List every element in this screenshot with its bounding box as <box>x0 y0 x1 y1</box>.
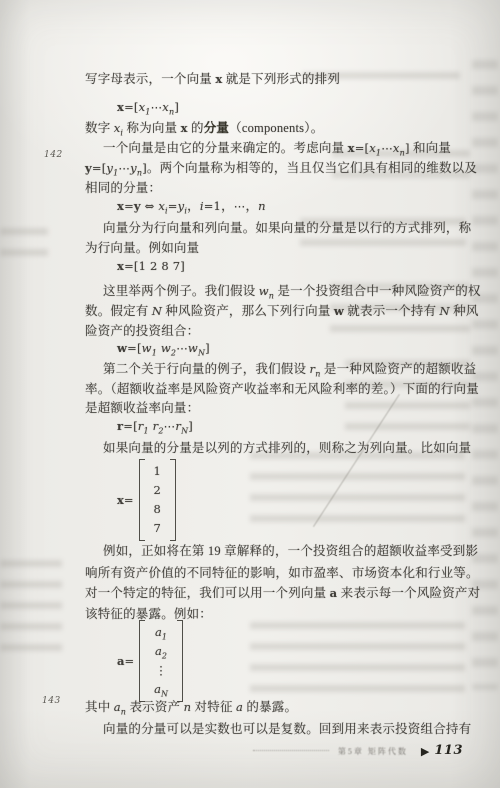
footer-chapter-label: 第5章 矩阵代数 <box>338 747 408 756</box>
matrix-entry: 7 <box>154 519 161 538</box>
matrix-entry: 8 <box>154 500 161 519</box>
matrix-entries: 1 2 8 7 <box>145 459 170 541</box>
text-line: 数。假定有 N 种风险资产，那么下列行向量 w 就表示一个持有 N 种风 <box>85 301 479 322</box>
column-vector-a: a= a1 a2 ⋮ aN <box>117 620 183 702</box>
page-footer: 第5章 矩阵代数 ▶ 113 <box>0 741 463 759</box>
formula-line: x=y ⇔ xi=yi，i=1，⋯，n <box>117 196 266 217</box>
text-line: 对一个特定的特征，我们可以用一个列向量 a 来表示每一个风险资产对 <box>85 583 480 604</box>
formula-line: r=[r1 r2⋯rN] <box>117 416 193 437</box>
formula-line: x=[x1⋯xn] <box>117 97 179 118</box>
page-body: 142 143 写字母表示，一个向量 x 就是下列形式的排列 x=[x1⋯xn]… <box>0 0 500 788</box>
text-line: 向量分为行向量和列向量。如果向量的分量是以行的方式排列，称 <box>103 218 471 239</box>
text-line: 数字 xi 称为向量 x 的分量（components）。 <box>85 118 323 139</box>
formula-line: x=[1 2 8 7] <box>117 256 185 277</box>
column-vector-x: x= 1 2 8 7 <box>117 459 176 541</box>
right-bracket <box>177 620 183 702</box>
footer-page-number: 113 <box>434 743 463 758</box>
formula-line: w=[w1 w2⋯wN] <box>117 338 210 359</box>
matrix-entry: 2 <box>154 481 161 500</box>
text-line: 其中 an 表示资产 n 对特征 a 的暴露。 <box>85 697 297 718</box>
text-line: 一个向量是由它的分量来确定的。考虑向量 x=[x1⋯xn] 和向量 <box>103 138 451 159</box>
matrix-entry: a1 <box>154 623 168 642</box>
footer-arrow-icon: ▶ <box>421 746 429 758</box>
margin-number: 142 <box>44 150 63 160</box>
text-line: 向量的分量可以是实数也可以是复数。回到用来表示投资组合持有 <box>103 719 471 740</box>
text-line: 第二个关于行向量的例子，我们假设 rn 是一种风险资产的超额收益 <box>103 359 476 380</box>
matrix-label: a= <box>117 651 134 672</box>
text-line: 写字母表示，一个向量 x 就是下列形式的排列 <box>85 69 340 90</box>
matrix-entries: a1 a2 ⋮ aN <box>145 620 177 702</box>
matrix-entry: a2 <box>154 642 168 661</box>
text-line: 例如，正如将在第 19 章解释的，一个投资组合的超额收益率受到影 <box>103 541 478 562</box>
footer-dotted-line <box>253 750 329 751</box>
text-line: 率。（超额收益率是风险资产收益率和无风险利率的差。）下面的行向量 <box>85 379 479 400</box>
text-line: 这里举两个例子。我们假设 wn 是一个投资组合中一种风险资产的权 <box>103 281 481 302</box>
margin-number: 143 <box>42 696 61 706</box>
text-line: 如果向量的分量是以列的方式排列的，则称之为列向量。比如向量 <box>103 438 471 459</box>
matrix-entry: 1 <box>154 462 161 481</box>
text-line: 响所有资产价值的不同特征的影响，如市盈率、市场资本化和行业等。 <box>85 563 479 584</box>
right-bracket <box>170 459 176 541</box>
matrix-entry: ⋮ <box>154 661 168 680</box>
text-line: y=[y1⋯yn]。两个向量称为相等的，当且仅当它们具有相同的维数以及 <box>85 158 477 179</box>
matrix-label: x= <box>117 490 134 511</box>
scanned-book-page: 142 143 写字母表示，一个向量 x 就是下列形式的排列 x=[x1⋯xn]… <box>0 0 500 788</box>
